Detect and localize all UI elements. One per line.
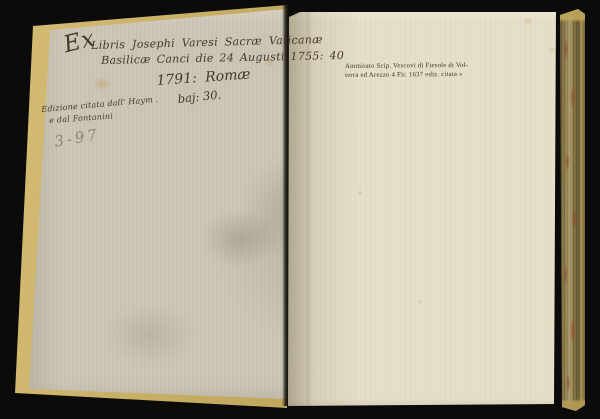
printed-citation: Ammirato Scip. Vescovi di Fiesole di Vol… <box>345 62 469 80</box>
printed-citation-line2: terra ed Arezzo 4 Fir. 1637 ediz. citata… <box>345 71 469 81</box>
book-scan: Ex Libris Josephi Varesi Sacræ Vaticanæ … <box>0 0 600 419</box>
fore-edge <box>558 9 585 411</box>
